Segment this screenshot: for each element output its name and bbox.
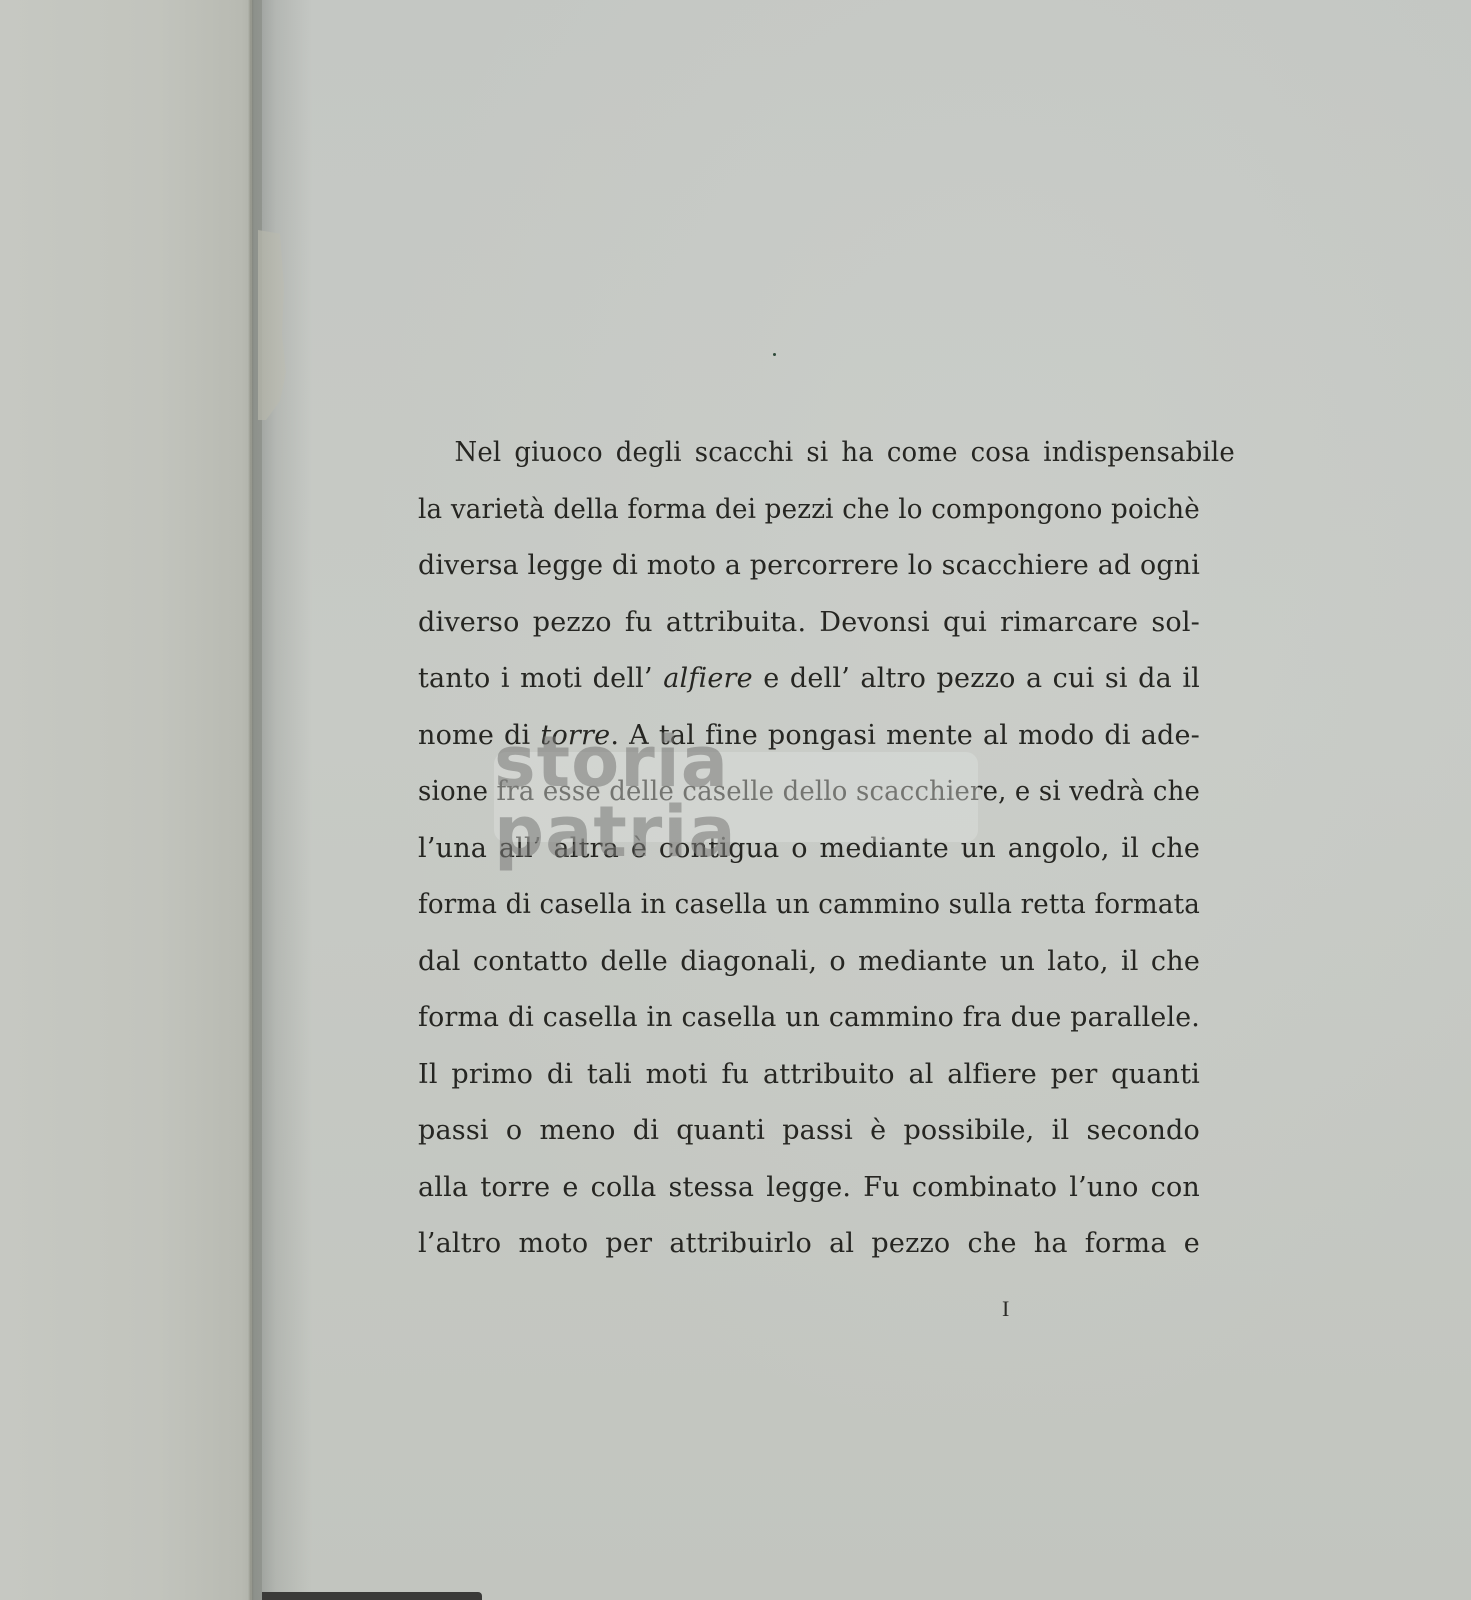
bottom-shadow-strip (262, 1592, 482, 1600)
italic-term-torre: torre (540, 720, 610, 751)
text-run: e dell’ altro pezzo a cui si da il (753, 663, 1200, 694)
text-line: l’una all’ altra è contigua o mediante u… (418, 821, 1200, 878)
italic-term-alfiere: alfiere (663, 663, 753, 694)
left-page (0, 0, 262, 1600)
text-line: diversa legge di moto a percorrere lo sc… (418, 538, 1200, 595)
text-run: tanto i moti dell’ (418, 663, 663, 694)
text-line: sione fra esse delle caselle dello scacc… (418, 764, 1200, 821)
text-run: nome di (418, 720, 540, 751)
text-line: dal contatto delle diagonali, o mediante… (418, 934, 1200, 991)
text-line: alla torre e colla stessa legge. Fu comb… (418, 1160, 1200, 1217)
text-line: nome di torre. A tal fine pongasi mente … (418, 708, 1200, 765)
text-line: l’altro moto per attribuirlo al pezzo ch… (418, 1216, 1200, 1273)
text-run: . A tal fine pongasi mente al modo di ad… (610, 720, 1200, 751)
text-line: forma di casella in casella un cammino s… (418, 877, 1200, 934)
body-paragraph: Nel giuoco degli scacchi si ha come cosa… (418, 425, 1200, 1273)
left-page-edge (248, 0, 254, 1600)
text-line: passi o meno di quanti passi è possibile… (418, 1103, 1200, 1160)
text-line: diverso pezzo fu attribuita. Devonsi qui… (418, 595, 1200, 652)
text-line: forma di casella in casella un cammino f… (418, 990, 1200, 1047)
book-spread-photo: Nel giuoco degli scacchi si ha come cosa… (0, 0, 1471, 1600)
paper-speck (773, 353, 776, 356)
text-line: tanto i moti dell’ alfiere e dell’ altro… (418, 651, 1200, 708)
text-line: Nel giuoco degli scacchi si ha come cosa… (418, 425, 1235, 482)
text-line: Il primo di tali moti fu attribuito al a… (418, 1047, 1200, 1104)
text-line: la varietà della forma dei pezzi che lo … (418, 482, 1200, 539)
signature-mark: I (1002, 1296, 1009, 1322)
